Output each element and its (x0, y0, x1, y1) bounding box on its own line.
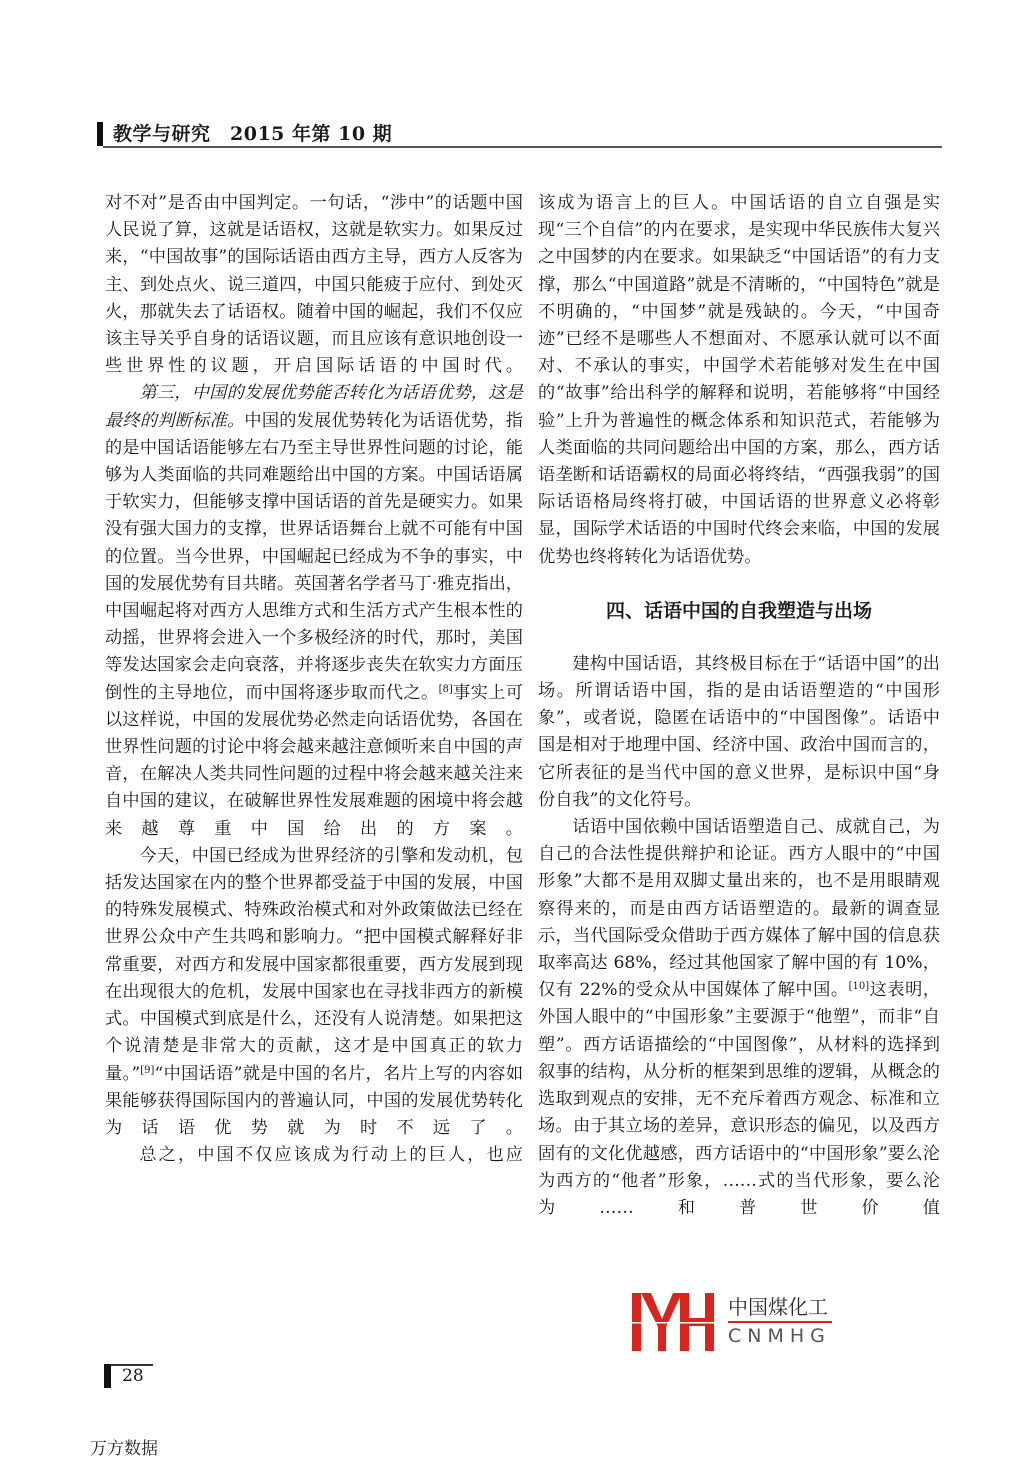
mh-logo-icon (632, 1293, 714, 1351)
paragraph-text: 事实上可以这样说，中国的发展优势必然走向话语优势，各国在世界性问题的讨论中将会越… (105, 683, 523, 839)
watermark-name-cn: 中国煤化工 (728, 1291, 830, 1320)
paragraph-text: “中国话语”就是中国的名片，名片上写的内容如果能够获得国际国内的普遍认同，中国的… (105, 1064, 523, 1138)
watermark-logo: 中国煤化工 CNMHG (632, 1293, 902, 1351)
paragraph: 第三，中国的发展优势能否转化为话语优势，这是最终的判断标准。中国的发展优势转化为… (105, 380, 523, 842)
paragraph: 该成为语言上的巨人。中国话语的自立自强是实现“三个自信”的内在要求，是实现中华民… (538, 190, 940, 571)
paragraph: 建构中国话语，其终极目标在于“话语中国”的出场。所谓话语中国，指的是由话语塑造的… (538, 651, 940, 814)
citation-ref: [9] (140, 1065, 154, 1076)
page-number: 28 (122, 1366, 144, 1386)
paragraph: 话语中国依赖中国话语塑造自己、成就自己，为自己的合法性提供辩护和论证。西方人眼中… (538, 814, 940, 1222)
source-label: 万方数据 (90, 1434, 158, 1459)
citation-ref: [10] (849, 981, 870, 992)
paragraph-text: 总之，中国不仅应该成为行动上的巨人，也应 (139, 1145, 523, 1165)
right-column: 该成为语言上的巨人。中国话语的自立自强是实现“三个自信”的内在要求，是实现中华民… (538, 190, 940, 1222)
paragraph-text: 对不对”是否由中国判定。一句话，“涉中”的话题中国人民说了算，这就是话语权，这就… (105, 193, 523, 376)
watermark-name-en: CNMHG (728, 1325, 831, 1347)
paragraph: 对不对”是否由中国判定。一句话，“涉中”的话题中国人民说了算，这就是话语权，这就… (105, 190, 523, 380)
citation-ref: [8] (439, 684, 453, 695)
running-header: 教学与研究 2015 年第 10 期 (97, 122, 942, 148)
paragraph-text: 建构中国话语，其终极目标在于“话语中国”的出场。所谓话语中国，指的是由话语塑造的… (538, 654, 940, 810)
header-marker-bar (97, 122, 103, 146)
paragraph-text: 该成为语言上的巨人。中国话语的自立自强是实现“三个自信”的内在要求，是实现中华民… (538, 193, 940, 567)
header-rule (103, 146, 942, 148)
watermark-divider (728, 1321, 832, 1323)
paragraph-text: 这表明，外国人眼中的“中国形象”主要源于“他塑”，而非“自塑”。西方话语描绘的“… (538, 980, 940, 1218)
paragraph-text: 中国的发展优势转化为话语优势，指的是中国话语能够左右乃至主导世界性问题的讨论，能… (105, 411, 523, 703)
paragraph: 总之，中国不仅应该成为行动上的巨人，也应 (105, 1142, 523, 1169)
section-heading: 四、话语中国的自我塑造与出场 (538, 597, 940, 625)
paragraph-text: 今天，中国已经成为世界经济的引擎和发动机，包括发达国家在内的整个世界都受益于中国… (105, 846, 523, 1084)
journal-issue-title: 教学与研究 2015 年第 10 期 (113, 122, 392, 146)
paragraph: 今天，中国已经成为世界经济的引擎和发动机，包括发达国家在内的整个世界都受益于中国… (105, 843, 523, 1142)
left-column: 对不对”是否由中国判定。一句话，“涉中”的话题中国人民说了算，这就是话语权，这就… (105, 190, 523, 1169)
page-marker-bar (104, 1364, 111, 1388)
paragraph-text: 话语中国依赖中国话语塑造自己、成就自己，为自己的合法性提供辩护和论证。西方人眼中… (538, 817, 940, 1000)
